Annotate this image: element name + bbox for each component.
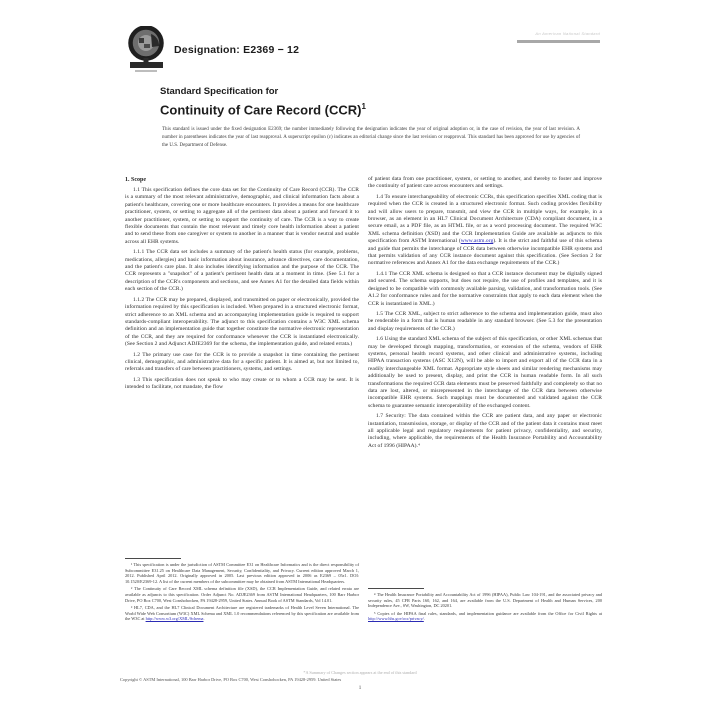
- text-segment: of patient data from one practitioner, s…: [368, 176, 602, 189]
- column-body: 1.1 This specification defines the core …: [125, 187, 359, 392]
- title-block: Standard Specification for Continuity of…: [160, 86, 580, 150]
- column-body: of patient data from one practitioner, s…: [368, 176, 602, 450]
- paragraph: 1.1.1 The CCR data set includes a summar…: [125, 249, 359, 293]
- body-columns: 1. Scope 1.1 This specification defines …: [125, 176, 602, 622]
- title-kicker: Standard Specification for: [160, 86, 580, 97]
- title-footnote-ref: 1: [362, 102, 366, 111]
- page-title-text: Continuity of Care Record (CCR): [160, 102, 362, 117]
- left-column: 1. Scope 1.1 This specification defines …: [125, 176, 359, 622]
- paragraph: 1.3 This specification does not speak to…: [125, 377, 359, 392]
- column-footnotes: ⁴ The Health Insurance Portability and A…: [368, 592, 602, 622]
- text-segment: 1.5 The CCR XML, subject to strict adher…: [368, 311, 602, 332]
- text-segment: 1.4.1 The CCR XML schema is designed so …: [368, 271, 602, 307]
- paragraph: 1.4.1 The CCR XML schema is designed so …: [368, 271, 602, 308]
- footnote-block: ¹ This specification is under the jurisd…: [125, 558, 359, 622]
- footnote: ³ HL7, CDA, and the HL7 Clinical Documen…: [125, 605, 359, 622]
- inline-link[interactable]: http://www.hhs.gov/ocr/privacy/: [368, 616, 424, 621]
- inline-link[interactable]: www.astm.org: [461, 238, 494, 244]
- page-number: 1: [120, 685, 600, 691]
- page-title: Continuity of Care Record (CCR)1: [160, 99, 580, 117]
- header-right-rule: [517, 40, 600, 43]
- text-segment: .: [424, 616, 425, 621]
- text-segment: 1.1.2 The CCR may be prepared, displayed…: [125, 297, 359, 347]
- astm-logo: [127, 26, 169, 78]
- footnote: ⁵ Copies of the HIPAA final rules, stand…: [368, 611, 602, 622]
- designation-number: E2369 − 12: [243, 44, 299, 56]
- text-segment: 1.4 To ensure interchangeability of elec…: [368, 194, 602, 244]
- footnote: ¹ This specification is under the jurisd…: [125, 562, 359, 585]
- footnote: ² The Continuity of Care Record XML sche…: [125, 586, 359, 603]
- copyright-line: Copyright © ASTM International, 100 Barr…: [120, 677, 600, 683]
- footnote-rule: [368, 588, 424, 589]
- paragraph: 1.4 To ensure interchangeability of elec…: [368, 194, 602, 268]
- section-heading-scope: 1. Scope: [125, 176, 359, 184]
- column-footnotes: ¹ This specification is under the jurisd…: [125, 562, 359, 622]
- text-segment: ⁵ Copies of the HIPAA final rules, stand…: [374, 611, 602, 616]
- footnote: ⁴ The Health Insurance Portability and A…: [368, 592, 602, 609]
- text-segment: ⁴ The Health Insurance Portability and A…: [368, 592, 602, 608]
- paragraph: 1.2 The primary use case for the CCR is …: [125, 352, 359, 374]
- designation: Designation: E2369 − 12: [174, 44, 299, 56]
- inline-link[interactable]: http://www.w3.org/XML/Schema: [146, 616, 204, 621]
- paragraph: of patient data from one practitioner, s…: [368, 176, 602, 191]
- footnote-rule: [125, 558, 181, 559]
- text-segment: ² The Continuity of Care Record XML sche…: [125, 586, 359, 602]
- title-boilerplate: This standard is issued under the fixed …: [162, 126, 580, 150]
- text-segment: .: [203, 616, 204, 621]
- paragraph: 1.7 Security: The data contained within …: [368, 413, 602, 450]
- page-footer: *A Summary of Changes section appears at…: [120, 670, 600, 691]
- right-column: of patient data from one practitioner, s…: [368, 176, 602, 622]
- designation-label: Designation:: [174, 44, 240, 56]
- paragraph: 1.5 The CCR XML, subject to strict adher…: [368, 311, 602, 333]
- paragraph: 1.1.2 The CCR may be prepared, displayed…: [125, 297, 359, 349]
- paragraph: 1.6 Using the standard XML schema of the…: [368, 336, 602, 410]
- footnote-block: ⁴ The Health Insurance Portability and A…: [368, 588, 602, 622]
- document-page: Designation: E2369 − 12 An American Nati…: [0, 0, 722, 722]
- text-segment: 1.1 This specification defines the core …: [125, 187, 359, 245]
- header-right-note: An American National Standard: [517, 31, 600, 43]
- text-segment: 1.7 Security: The data contained within …: [368, 413, 602, 449]
- text-segment: 1.6 Using the standard XML schema of the…: [368, 336, 602, 409]
- text-segment: ¹ This specification is under the jurisd…: [125, 562, 359, 584]
- national-standard-note: An American National Standard: [517, 31, 600, 37]
- paragraph: 1.1 This specification defines the core …: [125, 187, 359, 246]
- text-segment: 1.3 This specification does not speak to…: [125, 377, 359, 390]
- text-segment: 1.1.1 The CCR data set includes a summar…: [125, 249, 359, 292]
- text-segment: 1.2 The primary use case for the CCR is …: [125, 352, 359, 373]
- summary-changes-note: *A Summary of Changes section appears at…: [120, 670, 600, 675]
